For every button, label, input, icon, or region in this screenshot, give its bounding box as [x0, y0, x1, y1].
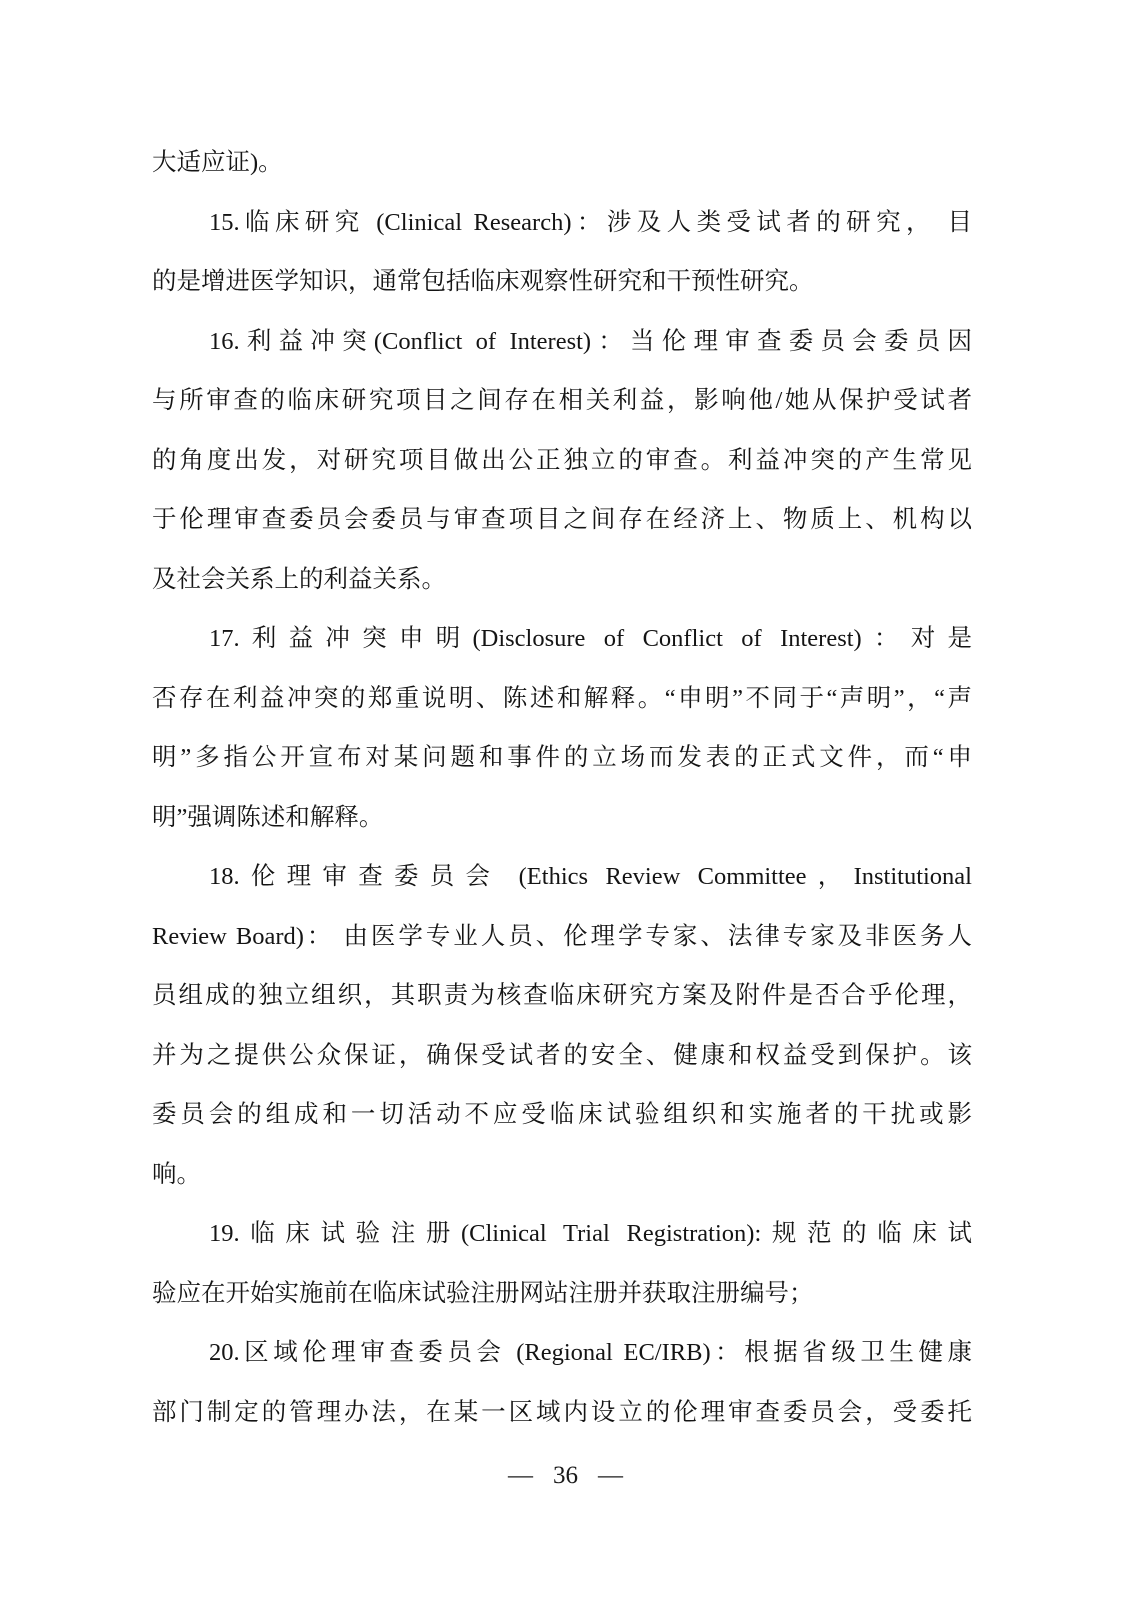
paragraph: 20.区域伦理审查委员会 (Regional EC/IRB)：根据省级卫生健康部… — [152, 1323, 972, 1442]
paragraph: 大适应证)。 — [152, 133, 972, 193]
paragraph: 19.临床试验注册(Clinical Trial Registration):规… — [152, 1204, 972, 1323]
page-number: 36 — [553, 1460, 578, 1492]
paragraph: 17.利益冲突申明(Disclosure of Conflict of Inte… — [152, 609, 972, 847]
text-line: 部门制定的管理办法，在某一区域内设立的伦理审查委员会，受委托 — [152, 1383, 972, 1443]
paragraph: 18.伦理审查委员会 (Ethics Review Committee，Inst… — [152, 847, 972, 1204]
text-line: 于伦理审查委员会委员与审查项目之间存在经济上、物质上、机构以 — [152, 490, 972, 550]
text-line: 响。 — [152, 1145, 972, 1205]
paragraph: 15.临床研究 (Clinical Research)：涉及人类受试者的研究， … — [152, 193, 972, 312]
document-page: 大适应证)。15.临床研究 (Clinical Research)：涉及人类受试… — [0, 0, 1131, 1600]
text-line: 及社会关系上的利益关系。 — [152, 550, 972, 610]
text-line: 员组成的独立组织，其职责为核查临床研究方案及附件是否合乎伦理， — [152, 966, 972, 1026]
text-line: 17.利益冲突申明(Disclosure of Conflict of Inte… — [152, 609, 972, 669]
text-line: 大适应证)。 — [152, 133, 972, 193]
text-line: Review Board)： 由医学专业人员、伦理学专家、法律专家及非医务人 — [152, 907, 972, 967]
text-line: 20.区域伦理审查委员会 (Regional EC/IRB)：根据省级卫生健康 — [152, 1323, 972, 1383]
text-line: 的是增进医学知识，通常包括临床观察性研究和干预性研究。 — [152, 252, 972, 312]
text-line: 委员会的组成和一切活动不应受临床试验组织和实施者的干扰或影 — [152, 1085, 972, 1145]
text-line: 16.利益冲突(Conflict of Interest)：当伦理审查委员会委员… — [152, 312, 972, 372]
text-line: 明”多指公开宣布对某问题和事件的立场而发表的正式文件，而“申 — [152, 728, 972, 788]
text-line: 验应在开始实施前在临床试验注册网站注册并获取注册编号； — [152, 1264, 972, 1324]
document-body: 大适应证)。15.临床研究 (Clinical Research)：涉及人类受试… — [152, 133, 972, 1442]
paragraph: 16.利益冲突(Conflict of Interest)：当伦理审查委员会委员… — [152, 312, 972, 610]
text-line: 18.伦理审查委员会 (Ethics Review Committee，Inst… — [152, 847, 972, 907]
text-line: 19.临床试验注册(Clinical Trial Registration):规… — [152, 1204, 972, 1264]
text-line: 15.临床研究 (Clinical Research)：涉及人类受试者的研究， … — [152, 193, 972, 253]
text-line: 明”强调陈述和解释。 — [152, 788, 972, 848]
page-footer: — 36 — — [0, 1460, 1131, 1492]
text-line: 否存在利益冲突的郑重说明、陈述和解释。“申明”不同于“声明”，“声 — [152, 669, 972, 729]
text-line: 与所审查的临床研究项目之间存在相关利益，影响他/她从保护受试者 — [152, 371, 972, 431]
text-line: 的角度出发，对研究项目做出公正独立的审查。利益冲突的产生常见 — [152, 431, 972, 491]
text-line: 并为之提供公众保证，确保受试者的安全、健康和权益受到保护。该 — [152, 1026, 972, 1086]
footer-dash-right: — — [598, 1460, 623, 1492]
footer-dash-left: — — [508, 1460, 533, 1492]
